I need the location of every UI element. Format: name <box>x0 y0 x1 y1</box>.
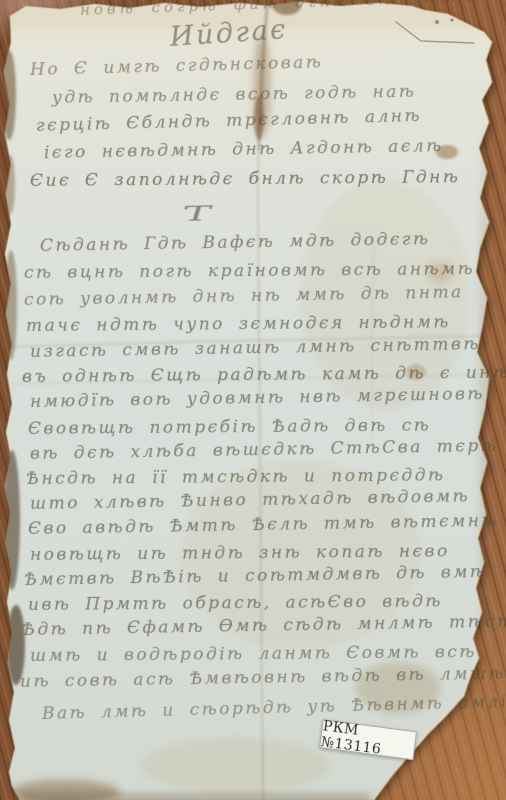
paper-sheet-graphic <box>0 0 506 800</box>
manuscript-photo: новѣ согрѣ фаѣ дгнѣ вѣ лѣтѣ Ийдгає Но Є … <box>0 0 506 800</box>
